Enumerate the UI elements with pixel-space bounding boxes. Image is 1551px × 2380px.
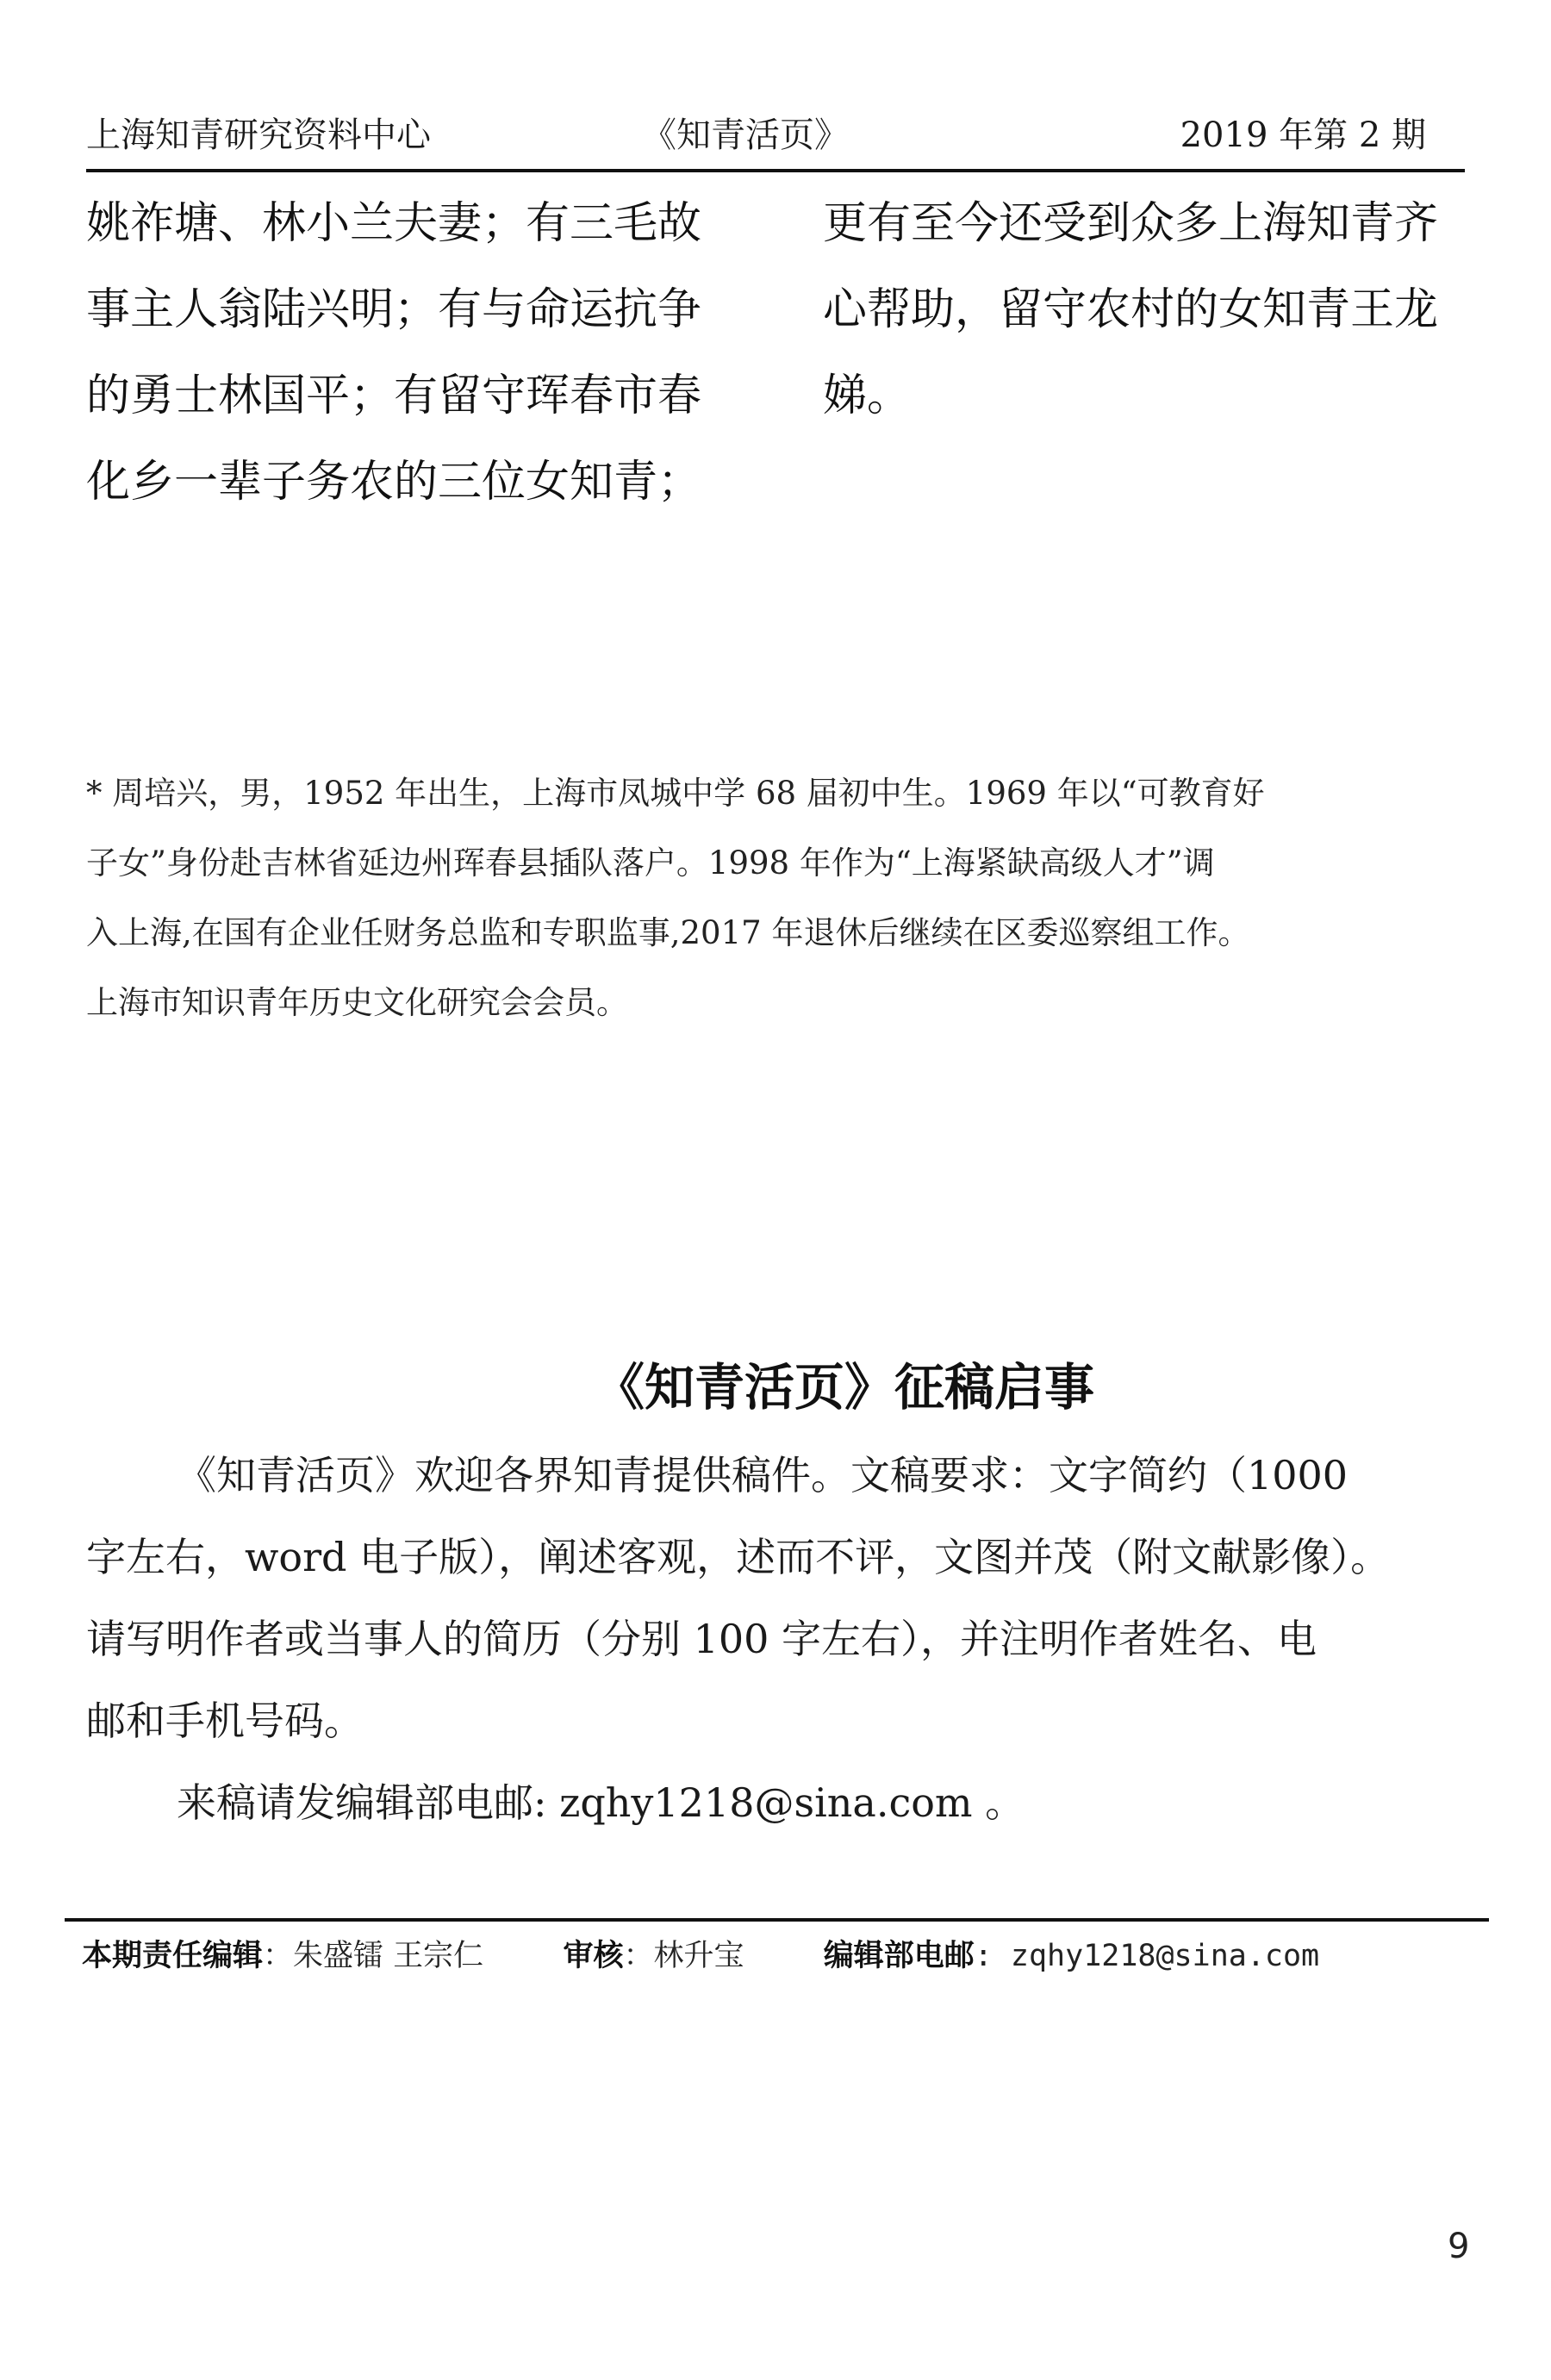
header-issue: 2019 年第 2 期 xyxy=(1180,114,1426,157)
author-note: * 周培兴，男，1952 年出生，上海市凤城中学 68 届初中生。1969 年以… xyxy=(86,758,1473,1037)
email-value: : zqhy1218@sina.com xyxy=(975,1939,1319,1973)
author-note-line: 入上海,在国有企业任财务总监和专职监事,2017 年退休后继续在区委巡察组工作。 xyxy=(86,898,1473,968)
article-right-column: 更有至今还受到众多上海知青齐 心帮助，留守农村的女知青王龙 娣。 xyxy=(823,181,1461,439)
announcement-title: 《知青活页》征稿启事 xyxy=(0,1353,1551,1422)
editors-label: 本期责任编辑 xyxy=(82,1939,263,1973)
footer-divider xyxy=(65,1918,1489,1922)
header-publisher: 上海知青研究资料中心 xyxy=(86,114,431,157)
article-left-column: 姚祚塘、林小兰夫妻；有三毛故 事主人翁陆兴明；有与命运抗争 的勇士林国平；有留守… xyxy=(86,181,724,526)
review-label: 审核 xyxy=(563,1939,623,1973)
header-divider xyxy=(86,169,1465,172)
footer-credits: 本期责任编辑：朱盛镭 王宗仁 审核：林升宝 编辑部电邮: zqhy1218@si… xyxy=(82,1935,1319,1978)
review-value: ：林升宝 xyxy=(623,1939,744,1973)
header-publication-title: 《知青活页》 xyxy=(642,114,849,157)
editors-value: ：朱盛镭 王宗仁 xyxy=(263,1939,483,1973)
article-line: 娣。 xyxy=(823,353,1461,439)
announcement-line: 字左右，word 电子版），阐述客观，述而不评，文图并茂（附文献影像）。 xyxy=(86,1517,1473,1598)
page-number: 9 xyxy=(1448,2225,1469,2268)
article-line: 更有至今还受到众多上海知青齐 xyxy=(823,181,1461,267)
author-note-line: 子女”身份赴吉林省延边州珲春县插队落户。1998 年作为“上海紧缺高级人才”调 xyxy=(86,828,1473,898)
announcement-line: 邮和手机号码。 xyxy=(86,1680,1473,1762)
article-line: 姚祚塘、林小兰夫妻；有三毛故 xyxy=(86,181,724,267)
announcement-email-line: 来稿请发编辑部电邮: zqhy1218@sina.com 。 xyxy=(86,1762,1473,1844)
article-line: 事主人翁陆兴明；有与命运抗争 xyxy=(86,267,724,353)
author-note-line: * 周培兴，男，1952 年出生，上海市凤城中学 68 届初中生。1969 年以… xyxy=(86,758,1473,828)
article-line: 的勇士林国平；有留守珲春市春 xyxy=(86,353,724,439)
email-label: 编辑部电邮 xyxy=(824,1939,975,1973)
announcement-line: 《知青活页》欢迎各界知青提供稿件。文稿要求：文字简约（1000 xyxy=(86,1435,1473,1517)
announcement-body: 《知青活页》欢迎各界知青提供稿件。文稿要求：文字简约（1000 字左右，word… xyxy=(86,1435,1473,1844)
announcement-line: 请写明作者或当事人的简历（分别 100 字左右），并注明作者姓名、电 xyxy=(86,1598,1473,1680)
author-note-line: 上海市知识青年历史文化研究会会员。 xyxy=(86,968,1473,1037)
article-line: 心帮助，留守农村的女知青王龙 xyxy=(823,267,1461,353)
article-line: 化乡一辈子务农的三位女知青； xyxy=(86,439,724,526)
